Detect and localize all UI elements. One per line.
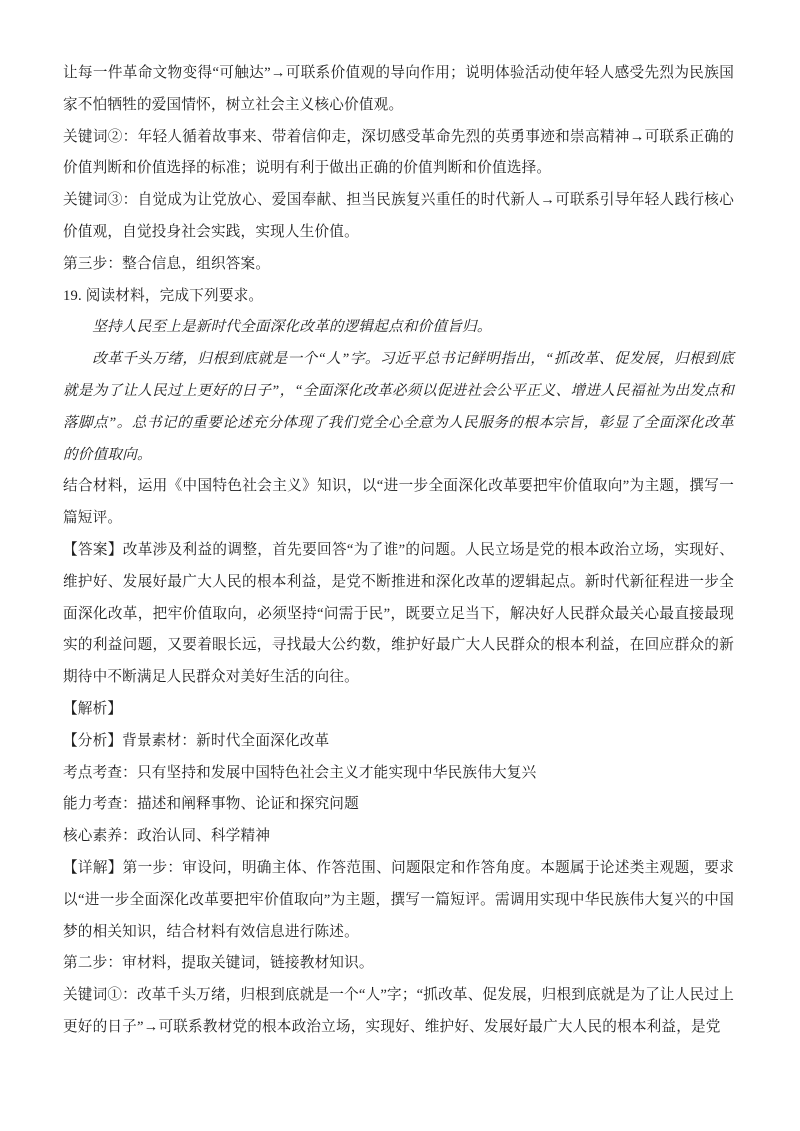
keyword-2-paragraph: 关键词②：年轻人循着故事来、带着信仰走，深切感受革命先烈的英勇事迹和崇高精神→可…	[63, 122, 734, 186]
task-requirement-paragraph: 结合材料，运用《中国特色社会主义》知识，以“进一步全面深化改革要把牢价值取向”为…	[63, 471, 734, 535]
exam-point-paragraph: 考点考查：只有坚持和发展中国特色社会主义才能实现中华民族伟大复兴	[63, 758, 734, 790]
analysis-section-label: 【解析】	[63, 694, 734, 726]
keyword-1-paragraph: 关键词①：改革千头万绪，归根到底就是一个“人”字；“抓改革、促发展，归根到底就是…	[63, 980, 734, 1044]
question-19-heading: 19. 阅读材料，完成下列要求。	[63, 281, 734, 313]
material-thesis-paragraph: 坚持人民至上是新时代全面深化改革的逻辑起点和价值旨归。	[63, 312, 734, 344]
ability-paragraph: 能力考查：描述和阐释事物、论证和探究问题	[63, 789, 734, 821]
document-page: 让每一件革命文物变得“可触达”→可联系价值观的导向作用；说明体验活动使年轻人感受…	[63, 58, 734, 1044]
analysis-background-paragraph: 【分析】背景素材：新时代全面深化改革	[63, 726, 734, 758]
step-2-paragraph: 第二步：审材料，提取关键词，链接教材知识。	[63, 948, 734, 980]
detailed-explanation-step-1-paragraph: 【详解】第一步：审设问，明确主体、作答范围、问题限定和作答角度。本题属于论述类主…	[63, 853, 734, 948]
material-body-paragraph: 改革千头万绪，归根到底就是一个“人”字。习近平总书记鲜明指出，“抓改革、促发展，…	[63, 344, 734, 471]
keyword-3-paragraph: 关键词③：自觉成为让党放心、爱国奉献、担当民族复兴重任的时代新人→可联系引导年轻…	[63, 185, 734, 249]
answer-continuation-paragraph: 让每一件革命文物变得“可触达”→可联系价值观的导向作用；说明体验活动使年轻人感受…	[63, 58, 734, 122]
core-literacy-paragraph: 核心素养：政治认同、科学精神	[63, 821, 734, 853]
answer-paragraph: 【答案】改革涉及利益的调整，首先要回答“为了谁”的问题。人民立场是党的根本政治立…	[63, 535, 734, 694]
step-3-paragraph: 第三步：整合信息，组织答案。	[63, 249, 734, 281]
